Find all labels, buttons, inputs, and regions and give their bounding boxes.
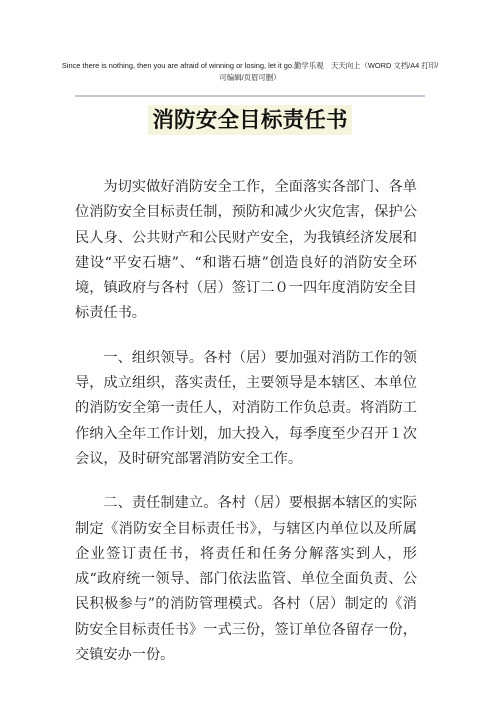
- paragraph-organization-leadership: 一、组织领导。各村（居）要加强对消防工作的领导，成立组织，落实责任，主要领导是本…: [75, 346, 417, 472]
- page-header: Since there is nothing, then you are afr…: [60, 60, 440, 84]
- document-body: 为切实做好消防安全工作，全面落实各部门、各单位消防安全目标责任制，预防和减少火灾…: [75, 175, 417, 687]
- document-title: 消防安全目标责任书: [148, 105, 351, 135]
- paragraph-intro: 为切实做好消防安全工作，全面落实各部门、各单位消防安全目标责任制，预防和减少火灾…: [75, 175, 417, 327]
- header-divider: [75, 95, 425, 97]
- title-container: 消防安全目标责任书: [0, 105, 500, 135]
- header-text: Since there is nothing, then you are afr…: [62, 61, 438, 82]
- paragraph-responsibility-system: 二、责任制建立。各村（居）要根据本辖区的实际制定《消防安全目标责任书》，与辖区内…: [75, 491, 417, 668]
